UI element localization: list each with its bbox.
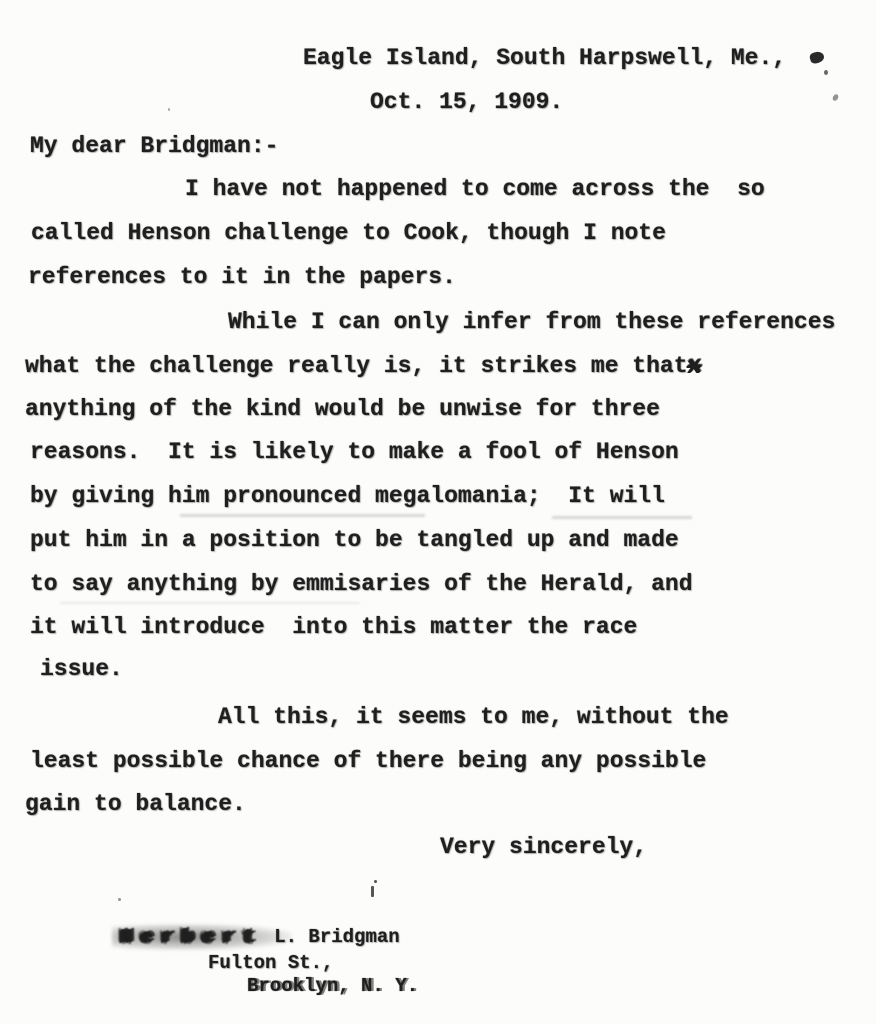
overstruck-name: Herbert (120, 926, 263, 948)
recipient-street: Fulton St., (208, 954, 333, 973)
ink-smear (180, 514, 425, 517)
letter-line: gain to balance. (25, 793, 246, 816)
letter-line: put him in a position to be tangled up a… (30, 529, 679, 552)
recipient-city: Brooklyn, N. Y. (247, 977, 418, 996)
letter-page: Eagle Island, South Harpswell, Me., Oct.… (0, 0, 876, 1024)
letter-line: least possible chance of there being any… (30, 750, 706, 773)
recipient-name: L. Bridgman (263, 926, 400, 948)
letter-line: references to it in the papers. (28, 266, 456, 289)
letter-line: to say anything by emmisaries of the Her… (30, 573, 693, 596)
overstruck-char: x (688, 353, 702, 379)
letter-line: I have not happened to come across the s… (185, 178, 765, 201)
pen-tick-mark (371, 886, 374, 897)
recipient-name-line: Herbert L. Bridgman (120, 928, 400, 947)
ink-speck (832, 93, 840, 102)
letter-line: called Henson challenge to Cook, though … (31, 222, 666, 245)
letter-line: issue. (40, 658, 123, 681)
salutation: My dear Bridgman:- (30, 135, 278, 158)
pen-tick-dot (374, 880, 377, 883)
letter-line: what the challenge really is, it strikes… (25, 355, 701, 378)
letter-line: anything of the kind would be unwise for… (25, 398, 660, 421)
letterhead-place-line: Eagle Island, South Harpswell, Me., (303, 47, 786, 70)
ink-smear (552, 516, 692, 519)
ink-speck (824, 70, 828, 75)
dust-speck (118, 898, 121, 901)
letter-line: While I can only infer from these refere… (228, 311, 835, 334)
letter-date: Oct. 15, 1909. (370, 91, 563, 114)
dust-speck (168, 108, 170, 111)
ink-smear (60, 602, 360, 604)
closing-valediction: Very sincerely, (440, 836, 647, 859)
letter-line: All this, it seems to me, without the (218, 706, 729, 729)
letter-line: it will introduce into this matter the r… (30, 616, 637, 639)
letter-line: reasons. It is likely to make a fool of … (30, 441, 679, 464)
letter-line-text: what the challenge really is, it strikes… (25, 353, 688, 379)
ink-blot-mark (809, 50, 825, 64)
letter-line: by giving him pronounced megalomania; It… (30, 485, 665, 508)
